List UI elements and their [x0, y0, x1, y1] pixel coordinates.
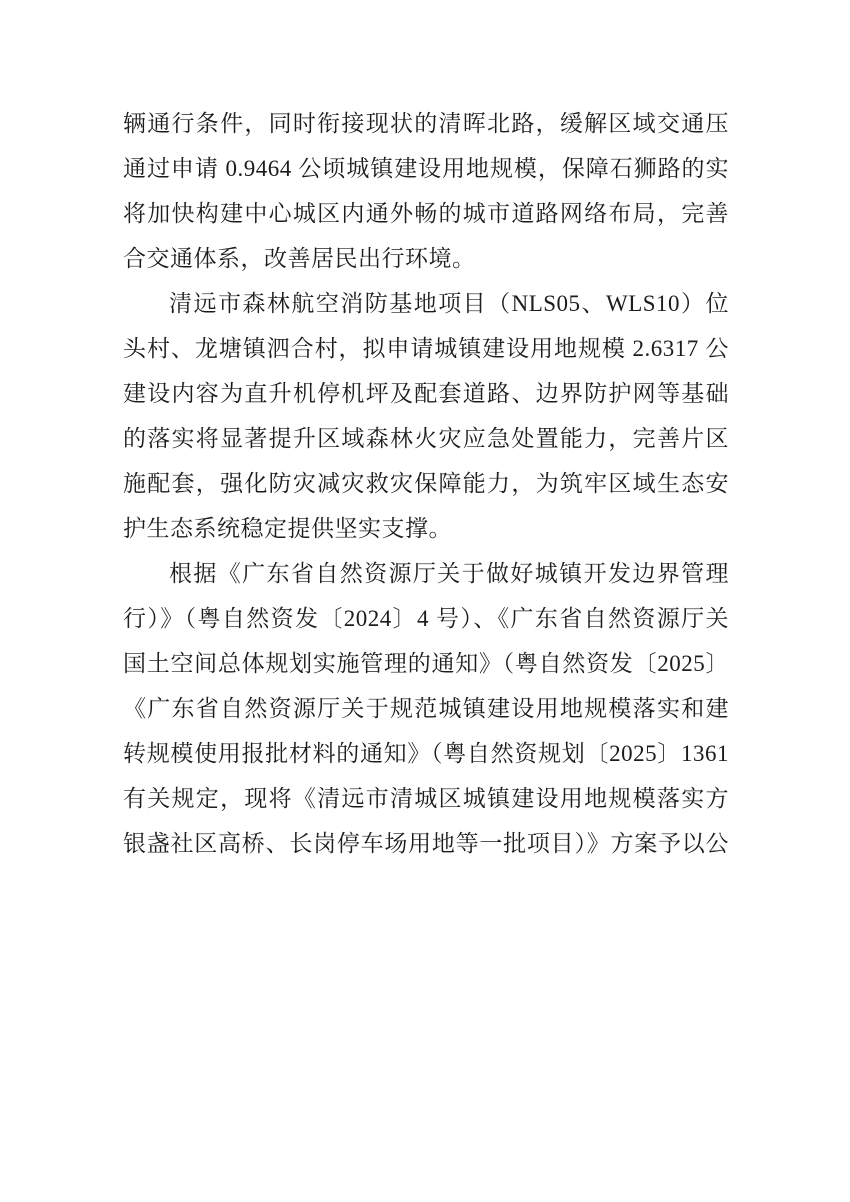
paragraph-road-project-continuation: 辆通行条件，同时衔接现状的清晖北路，缓解区域交通压力。本次拟 通过申请 0.94… — [123, 101, 729, 281]
text-line: 《广东省自然资源厅关于规范城镇建设用地规模落实和建设用地周 — [123, 686, 729, 731]
paragraph-forest-aviation-fire-base: 清远市森林航空消防基地项目（NLS05、WLS10）位于横荷街道车 头村、龙塘镇… — [123, 281, 729, 551]
text-line: 施配套，强化防灾减灾救灾保障能力，为筑牢区域生态安全屏障、维 — [123, 461, 729, 506]
text-line: 清远市森林航空消防基地项目（NLS05、WLS10）位于横荷街道车 — [123, 281, 729, 326]
text-line: 将加快构建中心城区内通外畅的城市道路网络布局，完善中心城区综 — [123, 191, 729, 236]
text-line: 银盏社区高桥、长岗停车场用地等一批项目）》方案予以公示。 — [123, 821, 729, 866]
text-line: 合交通体系，改善居民出行环境。 — [123, 236, 729, 281]
document-page: 辆通行条件，同时衔接现状的清晖北路，缓解区域交通压力。本次拟 通过申请 0.94… — [0, 0, 850, 1202]
text-line: 辆通行条件，同时衔接现状的清晖北路，缓解区域交通压力。本次拟 — [123, 101, 729, 146]
text-line: 的落实将显著提升区域森林火灾应急处置能力，完善片区应急基础设 — [123, 416, 729, 461]
text-line: 国土空间总体规划实施管理的通知》（粤自然资发〔2025〕2 号）、 — [123, 641, 729, 686]
text-line: 头村、龙塘镇泗合村，拟申请城镇建设用地规模 2.6317 公顷，主要 — [123, 326, 729, 371]
paragraph-legal-basis-and-announcement: 根据《广东省自然资源厅关于做好城镇开发边界管理的通知（试 行）》（粤自然资发〔2… — [123, 551, 729, 866]
text-line: 护生态系统稳定提供坚实支撑。 — [123, 506, 729, 551]
text-line: 建设内容为直升机停机坪及配套道路、边界防护网等基础设施。项目 — [123, 371, 729, 416]
text-line: 行）》（粤自然资发〔2024〕4 号）、《广东省自然资源厅关于加强 — [123, 596, 729, 641]
text-line: 有关规定，现将《清远市清城区城镇建设用地规模落实方案（龙塘镇 — [123, 776, 729, 821]
text-line: 转规模使用报批材料的通知》（粤自然资规划〔2025〕1361 号）等 — [123, 731, 729, 776]
text-line: 根据《广东省自然资源厅关于做好城镇开发边界管理的通知（试 — [123, 551, 729, 596]
text-line: 通过申请 0.9464 公顷城镇建设用地规模，保障石狮路的实施建设， — [123, 146, 729, 191]
